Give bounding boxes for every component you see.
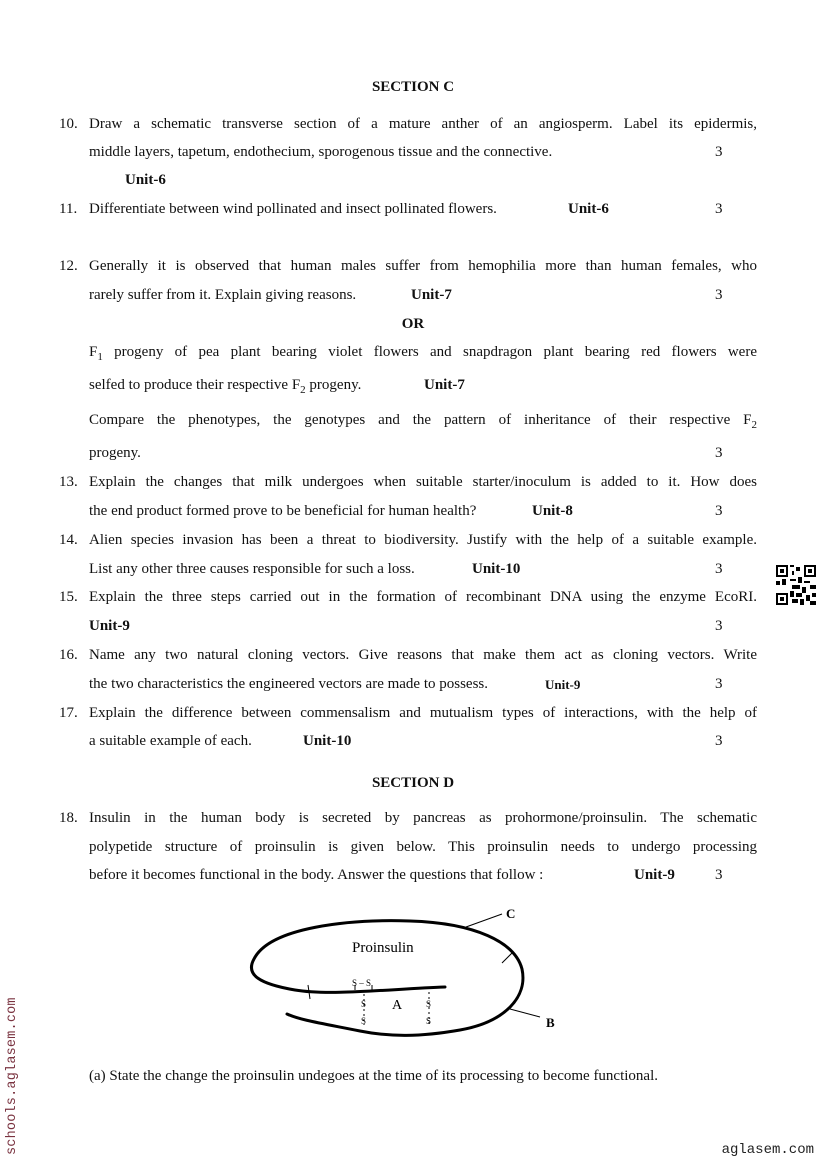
question-text-line: progeny. <box>89 445 141 462</box>
sub-question-a: (a) State the change the proinsulin unde… <box>89 1068 658 1085</box>
text: selfed to produce their respective F <box>89 377 300 393</box>
unit-label: Unit-7 <box>411 287 452 304</box>
unit-label: Unit-6 <box>125 172 166 189</box>
marks: 3 <box>715 445 723 462</box>
question-text-line: selfed to produce their respective F2 pr… <box>89 377 361 396</box>
question-number: 17. <box>59 705 78 722</box>
question-text-line: Generally it is observed that human male… <box>89 258 757 275</box>
svg-text:S: S <box>361 999 366 1009</box>
question-text-line: Draw a schematic transverse section of a… <box>89 116 757 133</box>
question-text-line: Alien species invasion has been a threat… <box>89 532 757 549</box>
question-text-line: Compare the phenotypes, the genotypes an… <box>89 412 757 431</box>
question-text-line: Explain the changes that milk undergoes … <box>89 474 757 491</box>
text: Compare the phenotypes, the genotypes an… <box>89 412 752 428</box>
svg-text:S: S <box>426 999 431 1009</box>
side-watermark: schools.aglasem.com <box>5 997 20 1155</box>
marks: 3 <box>715 201 723 218</box>
question-text-line: a suitable example of each. <box>89 733 252 750</box>
marks: 3 <box>715 561 723 578</box>
or-divider: OR <box>0 316 826 333</box>
svg-text:S: S <box>361 1016 366 1026</box>
question-number: 18. <box>59 810 78 827</box>
footer-watermark: aglasem.com <box>722 1142 814 1158</box>
question-number: 10. <box>59 116 78 133</box>
proinsulin-diagram: Proinsulin S – S S S S S A B C <box>240 897 580 1042</box>
marks: 3 <box>715 287 723 304</box>
unit-label: Unit-10 <box>472 561 520 578</box>
question-text-line: Insulin in the human body is secreted by… <box>89 810 757 827</box>
question-text-line: the two characteristics the engineered v… <box>89 676 488 693</box>
question-text-line: List any other three causes responsible … <box>89 561 415 578</box>
label-b: B <box>546 1015 555 1030</box>
marks: 3 <box>715 733 723 750</box>
question-number: 13. <box>59 474 78 491</box>
unit-label: Unit-9 <box>545 677 580 693</box>
unit-label: Unit-6 <box>568 201 609 218</box>
question-text-line: before it becomes functional in the body… <box>89 867 543 884</box>
proinsulin-structure-figure: Proinsulin S – S S S S S A B C <box>240 897 580 1042</box>
question-number: 14. <box>59 532 78 549</box>
unit-label: Unit-9 <box>634 867 675 884</box>
disulfide-bond-label: S – S <box>352 978 371 988</box>
svg-text:S: S <box>426 1016 431 1026</box>
question-text-line: the end product formed prove to be benef… <box>89 503 476 520</box>
question-text-line: F1 progeny of pea plant bearing violet f… <box>89 344 757 363</box>
marks: 3 <box>715 676 723 693</box>
marks: 3 <box>715 144 723 161</box>
marks: 3 <box>715 867 723 884</box>
qr-code-icon <box>776 565 816 605</box>
question-number: 16. <box>59 647 78 664</box>
unit-label: Unit-10 <box>303 733 351 750</box>
text: progeny. <box>306 377 362 393</box>
question-number: 11. <box>59 201 77 218</box>
subscript: 2 <box>752 419 758 431</box>
section-c-heading: SECTION C <box>0 79 826 96</box>
question-text-line: Differentiate between wind pollinated an… <box>89 201 497 218</box>
unit-label: Unit-9 <box>89 618 130 635</box>
marks: 3 <box>715 503 723 520</box>
label-a: A <box>392 998 403 1013</box>
question-text-line: Name any two natural cloning vectors. Gi… <box>89 647 757 664</box>
question-number: 12. <box>59 258 78 275</box>
label-c: C <box>506 906 515 921</box>
question-number: 15. <box>59 589 78 606</box>
question-text-line: Explain the difference between commensal… <box>89 705 757 722</box>
text: progeny of pea plant bearing violet flow… <box>103 344 757 360</box>
marks: 3 <box>715 618 723 635</box>
unit-label: Unit-8 <box>532 503 573 520</box>
unit-label: Unit-7 <box>424 377 465 394</box>
question-text-line: middle layers, tapetum, endothecium, spo… <box>89 144 552 161</box>
question-text-line: rarely suffer from it. Explain giving re… <box>89 287 356 304</box>
question-text-line: polypetide structure of proinsulin is gi… <box>89 839 757 856</box>
section-d-heading: SECTION D <box>0 775 826 792</box>
diagram-title: Proinsulin <box>352 940 414 956</box>
question-text-line: Explain the three steps carried out in t… <box>89 589 757 606</box>
